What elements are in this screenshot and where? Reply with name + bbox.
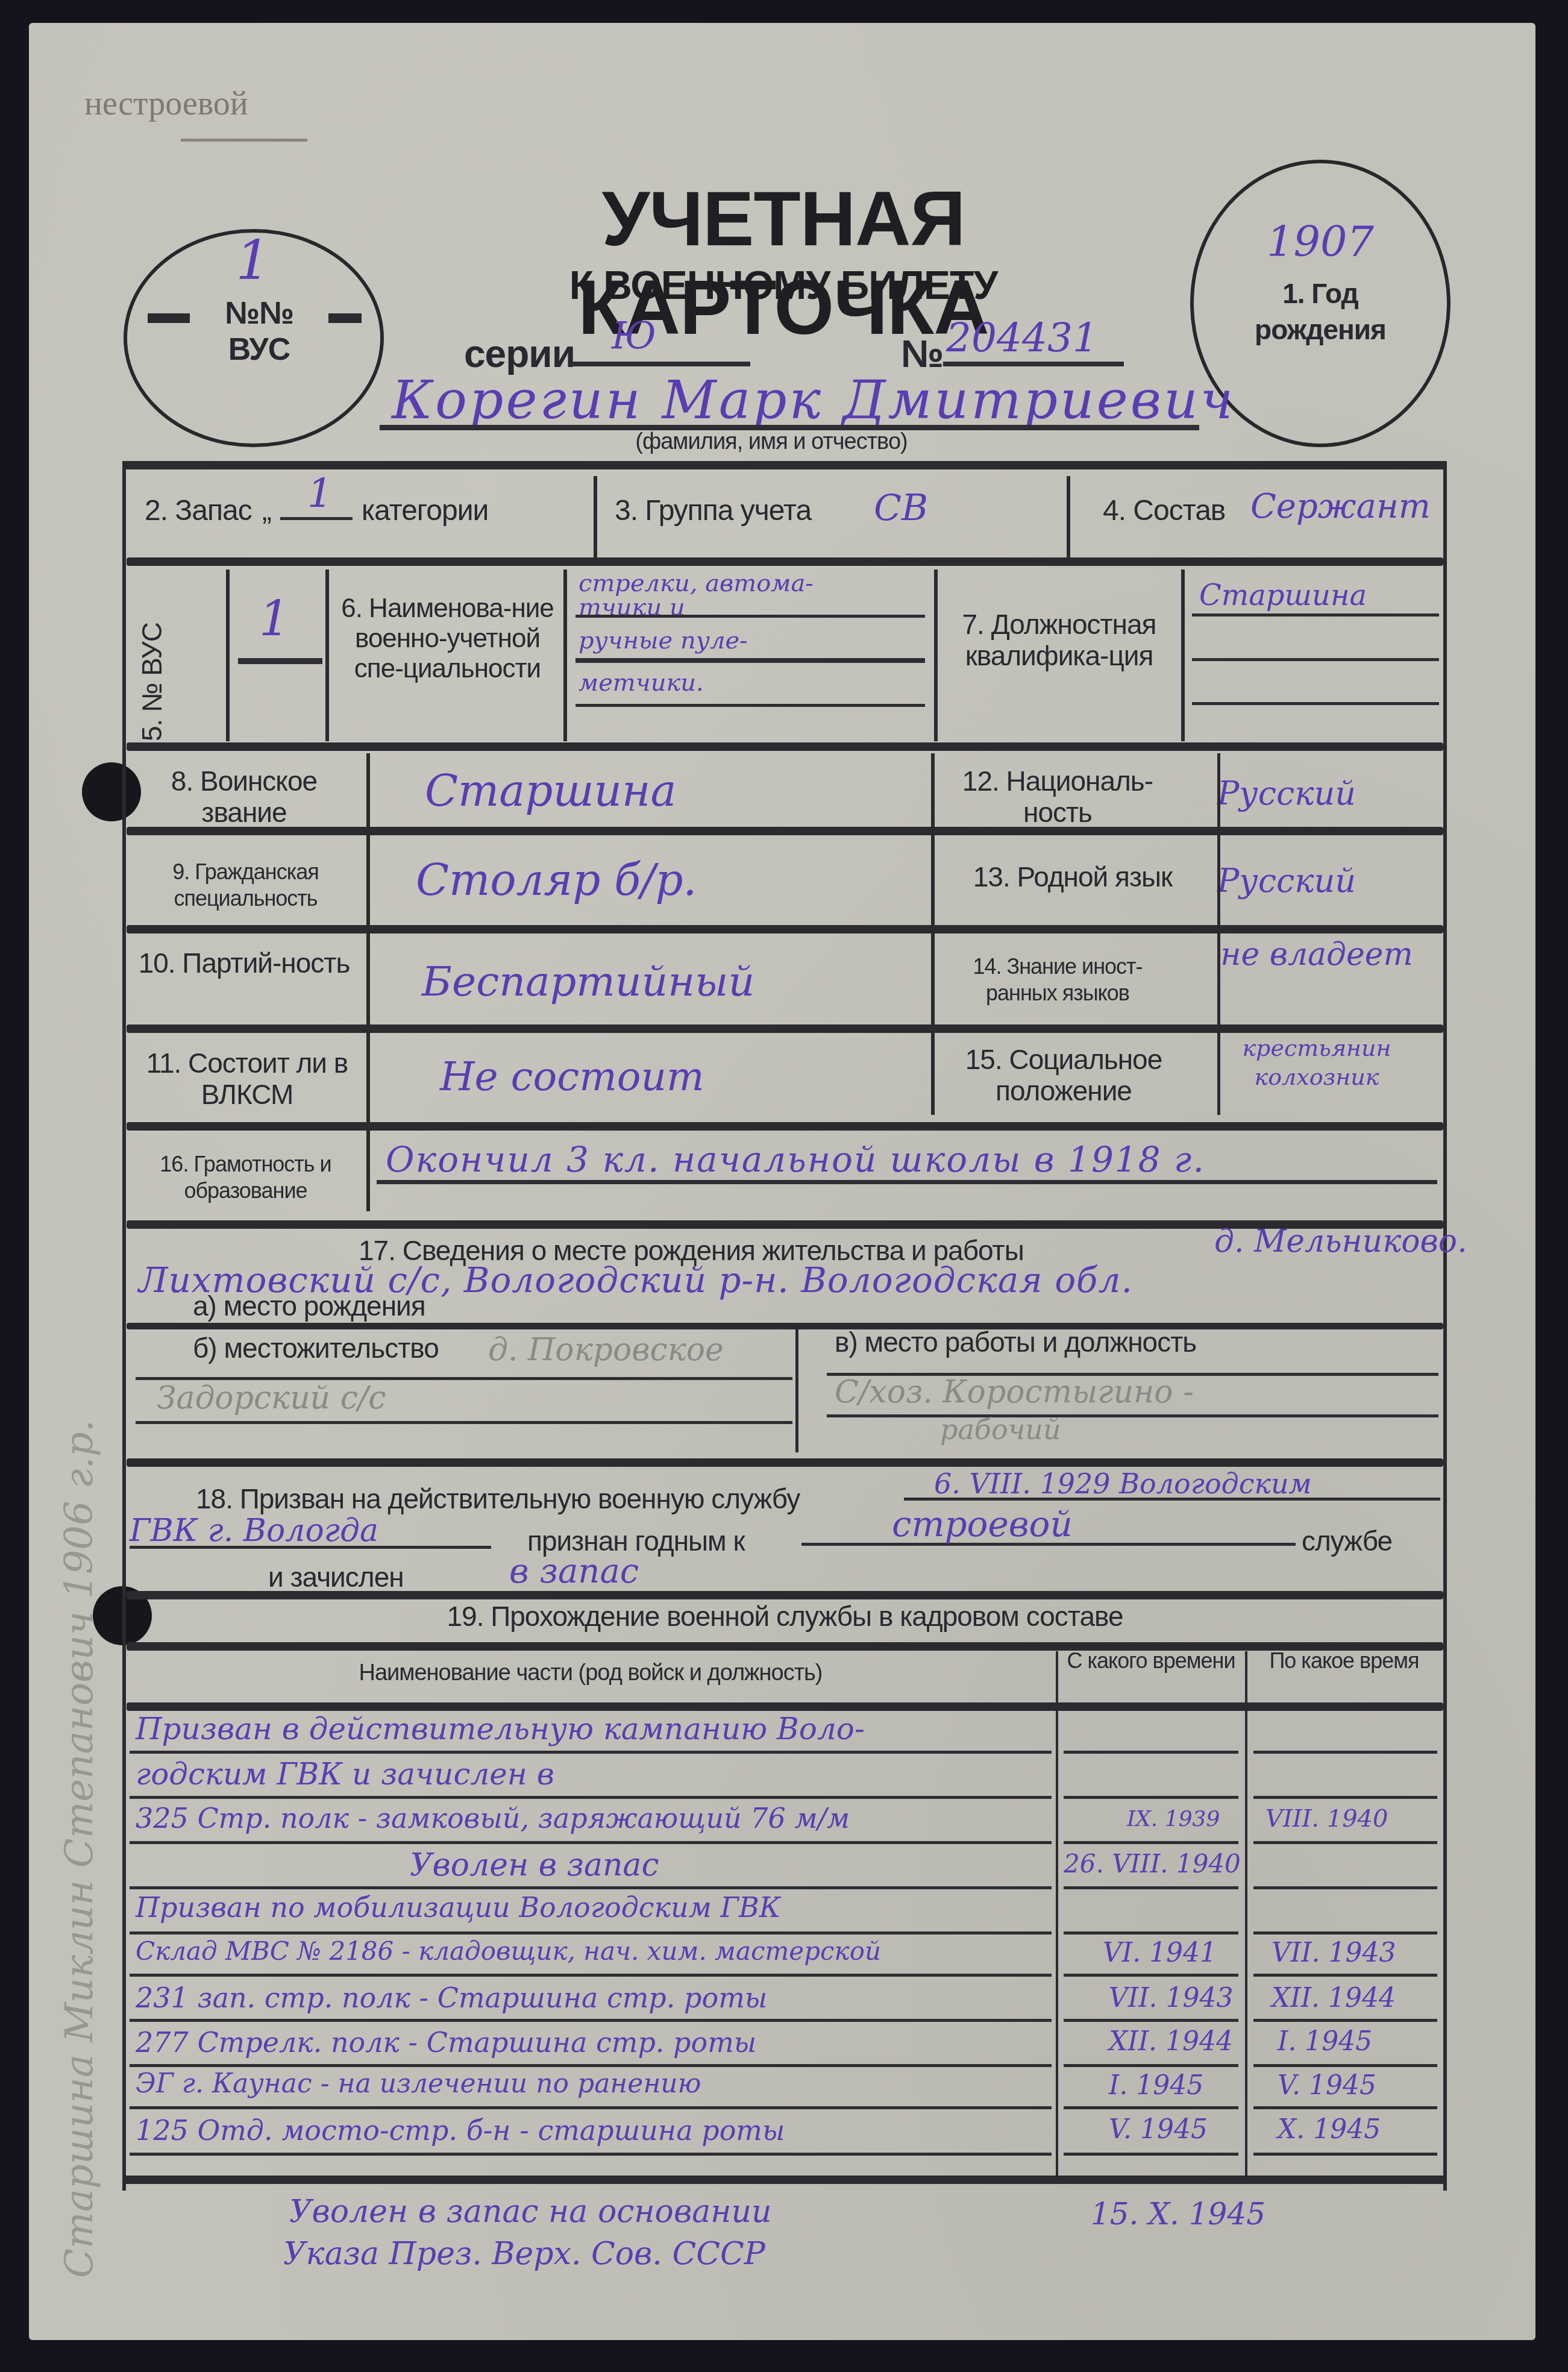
- rule: [130, 1751, 1052, 1754]
- foreign-languages-value: не владеет: [1193, 937, 1440, 972]
- card-subtitle: К ВОЕННОМУ БИЛЕТУ: [422, 262, 1145, 308]
- service-row-unit: Склад МВС № 2186 - кладовщик, нач. хим. …: [136, 1936, 881, 1966]
- native-language-label: 13. Родной язык: [937, 861, 1208, 893]
- service-row-from: 26. VIII. 1940: [1064, 1849, 1241, 1878]
- rule: [827, 1414, 1438, 1417]
- table-bottom-rule: [124, 2176, 1447, 2184]
- rule: [1192, 658, 1439, 661]
- col-header-unit: Наименование части (род войск и должност…: [127, 1660, 1055, 1686]
- rule: [1064, 1751, 1238, 1754]
- conscription-office: ГВК г. Вологда: [130, 1513, 378, 1549]
- birthplace-line1: д. Мельниково.: [1214, 1223, 1467, 1260]
- qual-value: Старшина: [1199, 579, 1367, 612]
- qual-label: 7. Должностная квалифика-ция: [940, 609, 1178, 671]
- rule: [1253, 2019, 1437, 2022]
- service-row-unit: 277 Стрелк. полк - Старшина стр. роты: [136, 2026, 756, 2059]
- rule: [130, 2019, 1052, 2022]
- divider: [226, 569, 230, 741]
- rule: [130, 1841, 1052, 1844]
- service-row-unit: Призван в действительную кампанию Воло-: [136, 1712, 865, 1746]
- margin-pencil-note: Старшина Миклин Степанович 1906 г.р.: [57, 1420, 102, 2278]
- enrolled-label: и зачислен: [268, 1561, 404, 1593]
- group-label: 3. Группа учета: [615, 494, 811, 527]
- birth-year-value: 1907: [1190, 217, 1450, 266]
- vus-dash-left: [148, 313, 190, 323]
- col-header-to: По какое время: [1246, 1648, 1442, 1674]
- rule: [1253, 2064, 1437, 2067]
- group-value: СВ: [874, 487, 928, 529]
- zapas-value: 1: [307, 470, 333, 516]
- service-row-unit: годским ГВК и зачислен в: [136, 1757, 554, 1792]
- rule: [1253, 1931, 1437, 1934]
- rule: [127, 1024, 1443, 1033]
- service-row-unit: Призван по мобилизации Вологодским ГВК: [136, 1891, 780, 1924]
- divider: [1217, 753, 1220, 1115]
- vus-circle-value: 1: [124, 229, 383, 292]
- fit-suffix: службе: [1302, 1525, 1392, 1557]
- rule: [130, 1886, 1052, 1889]
- service-row-unit: ЭГ г. Каунас - на излечении по ранению: [136, 2068, 701, 2099]
- service-row-from: IX. 1939: [1127, 1807, 1220, 1831]
- divider: [795, 1326, 798, 1452]
- komsomol-label: 11. Состоит ли в ВЛКСМ: [127, 1047, 368, 1110]
- service-row-unit: 325 Стр. полк - замковый, заряжающий 76 …: [136, 1802, 850, 1834]
- service-row-to: VIII. 1940: [1265, 1805, 1388, 1833]
- vus-circle-label: №№ ВУС: [193, 295, 325, 368]
- rule: [127, 1458, 1443, 1467]
- service-row-unit: Уволен в запас: [410, 1847, 659, 1883]
- enrolled-value: в запас: [509, 1552, 639, 1591]
- service-row-from: I. 1945: [1109, 2070, 1203, 2101]
- spec-line-4: метчики.: [579, 669, 704, 697]
- spec-label: 6. Наименова-ние военно-учетной спе-циал…: [334, 594, 560, 684]
- section18-label: 18. Призван на действительную военную сл…: [196, 1482, 800, 1515]
- divider: [366, 753, 370, 1211]
- series-value: Ю: [612, 313, 656, 357]
- birth-year-label-1: 1. Год: [1190, 277, 1450, 310]
- divider: [563, 569, 567, 741]
- rule: [1064, 1931, 1238, 1934]
- divider: [934, 569, 938, 741]
- service-row-from: VII. 1943: [1109, 1983, 1234, 2013]
- workplace-label: в) место работы и должность: [835, 1326, 1196, 1358]
- series-underline: [569, 362, 750, 366]
- service-row-to: I. 1945: [1278, 2026, 1372, 2057]
- service-row-unit: 231 зап. стр. полк - Старшина стр. роты: [136, 1981, 767, 2014]
- discharge-note-line2: Указа През. Верх. Сов. СССР: [283, 2236, 765, 2272]
- rule: [130, 2106, 1052, 2109]
- vus-dash-right: [328, 313, 362, 323]
- rule: [127, 1122, 1443, 1131]
- col-header-from: С какого времени: [1058, 1648, 1244, 1674]
- civil-specialty-value: Столяр б/р.: [416, 855, 697, 905]
- divider: [931, 753, 935, 1115]
- rule: [127, 1591, 1443, 1599]
- rule: [127, 827, 1443, 835]
- party-value: Беспартийный: [422, 958, 754, 1006]
- social-status-value: крестьянин колхозник: [1190, 1034, 1443, 1091]
- divider: [1067, 476, 1070, 557]
- rule: [130, 1931, 1052, 1934]
- rule: [575, 615, 925, 618]
- rule: [1064, 1796, 1238, 1799]
- service-row-from: XII. 1944: [1109, 2026, 1233, 2057]
- service-row-to: V. 1945: [1278, 2070, 1376, 2101]
- birthplace-label: а) место рождения: [193, 1290, 425, 1322]
- residence-line2: Задорский с/с: [157, 1380, 386, 1416]
- rule: [130, 1546, 491, 1549]
- social-status-label: 15. Социальное положение: [937, 1044, 1190, 1106]
- zapas-suffix: категории: [362, 494, 488, 527]
- service-row-to: XII. 1944: [1272, 1983, 1396, 2013]
- rule: [575, 704, 925, 707]
- service-row-to: X. 1945: [1278, 2114, 1381, 2145]
- divider: [1056, 1651, 1058, 2182]
- rule: [575, 658, 925, 663]
- rule: [1253, 2106, 1437, 2109]
- rule: [1192, 702, 1439, 705]
- divider: [594, 476, 597, 557]
- vus-number-label: 5. № ВУС: [136, 623, 168, 741]
- rule: [1064, 2019, 1238, 2022]
- rank-value: Старшина: [425, 765, 676, 816]
- rule: [136, 1421, 792, 1424]
- rule: [1253, 1796, 1437, 1799]
- discharge-date: 15. X. 1945: [1091, 2197, 1265, 2232]
- rule: [1064, 2106, 1238, 2109]
- rule: [1064, 1886, 1238, 1889]
- vus-number-value: 1: [259, 591, 290, 647]
- stamp-nonstroevoy: нестроевой: [84, 84, 248, 123]
- rule: [1064, 2153, 1238, 2156]
- workplace-line1: С/хоз. Коростыгино -: [835, 1374, 1194, 1410]
- birth-year-label-2: рождения: [1190, 313, 1450, 346]
- rule: [130, 2064, 1052, 2067]
- divider: [1181, 569, 1185, 741]
- rule: [127, 925, 1443, 933]
- zapas-underline: [280, 517, 353, 520]
- rule: [1253, 1841, 1437, 1844]
- party-label: 10. Партий-ность: [127, 946, 362, 980]
- nationality-label: 12. Националь-ность: [934, 765, 1181, 828]
- conscription-date: 6. VIII. 1929 Вологодским: [934, 1467, 1312, 1500]
- number-value: 204431: [946, 315, 1098, 361]
- education-label: 16. Грамотность и образование: [127, 1151, 365, 1204]
- rule: [130, 2153, 1052, 2156]
- section19-title: 19. Прохождение военной службы в кадрово…: [127, 1600, 1443, 1633]
- rule: [1192, 613, 1439, 617]
- service-row-unit: 125 Отд. мосто-стр. б-н - старшина роты: [136, 2114, 785, 2147]
- native-language-value: Русский: [1217, 862, 1356, 900]
- rule: [1253, 1886, 1437, 1889]
- workplace-line2: рабочий: [940, 1413, 1061, 1446]
- table-top-rule: [124, 461, 1446, 469]
- rule: [127, 1323, 1443, 1329]
- zapas-label: 2. Запас: [145, 494, 252, 527]
- rule: [127, 557, 1443, 566]
- rule: [1064, 2064, 1238, 2067]
- table-left-border: [122, 461, 126, 2191]
- foreign-languages-label: 14. Знание иност-ранных языков: [952, 953, 1163, 1006]
- komsomol-value: Не состоит: [440, 1053, 704, 1100]
- rule: [1064, 1974, 1238, 1977]
- rule: [1253, 2153, 1437, 2156]
- rule: [1253, 1974, 1437, 1977]
- rule: [1064, 1841, 1238, 1844]
- fit-value: строевой: [892, 1504, 1073, 1545]
- sostav-label: 4. Состав: [1103, 494, 1225, 527]
- education-value: Окончил 3 кл. начальной школы в 1918 г.: [386, 1139, 1205, 1180]
- residence-line1: д. Покровское: [488, 1332, 724, 1368]
- table-right-border: [1443, 461, 1447, 2191]
- stamp-underline: [181, 139, 307, 142]
- rank-label: 8. Воинское звание: [127, 765, 362, 828]
- rule: [127, 742, 1443, 751]
- divider: [1245, 1651, 1247, 2182]
- service-row-from: V. 1945: [1109, 2114, 1208, 2145]
- rule: [377, 1180, 1437, 1184]
- number-underline: [943, 362, 1124, 366]
- discharge-note-line1: Уволен в запас на основании: [289, 2194, 771, 2230]
- spec-line-3: ручные пуле-: [579, 627, 748, 654]
- fio-caption: (фамилия, имя и отчество): [572, 429, 970, 455]
- fio-value: Корегин Марк Дмитриевич: [392, 369, 1235, 431]
- rule: [238, 658, 322, 664]
- service-row-from: VI. 1941: [1103, 1937, 1217, 1968]
- sostav-value: Сержант: [1250, 487, 1431, 526]
- divider: [325, 569, 329, 741]
- rule: [130, 1796, 1052, 1799]
- nationality-value: Русский: [1217, 774, 1356, 812]
- service-row-to: VII. 1943: [1272, 1937, 1396, 1968]
- civil-specialty-label: 9. Гражданская специальность: [127, 859, 365, 912]
- residence-label: б) местожительство: [193, 1332, 439, 1364]
- rule: [130, 1974, 1052, 1977]
- rule: [1253, 1751, 1437, 1754]
